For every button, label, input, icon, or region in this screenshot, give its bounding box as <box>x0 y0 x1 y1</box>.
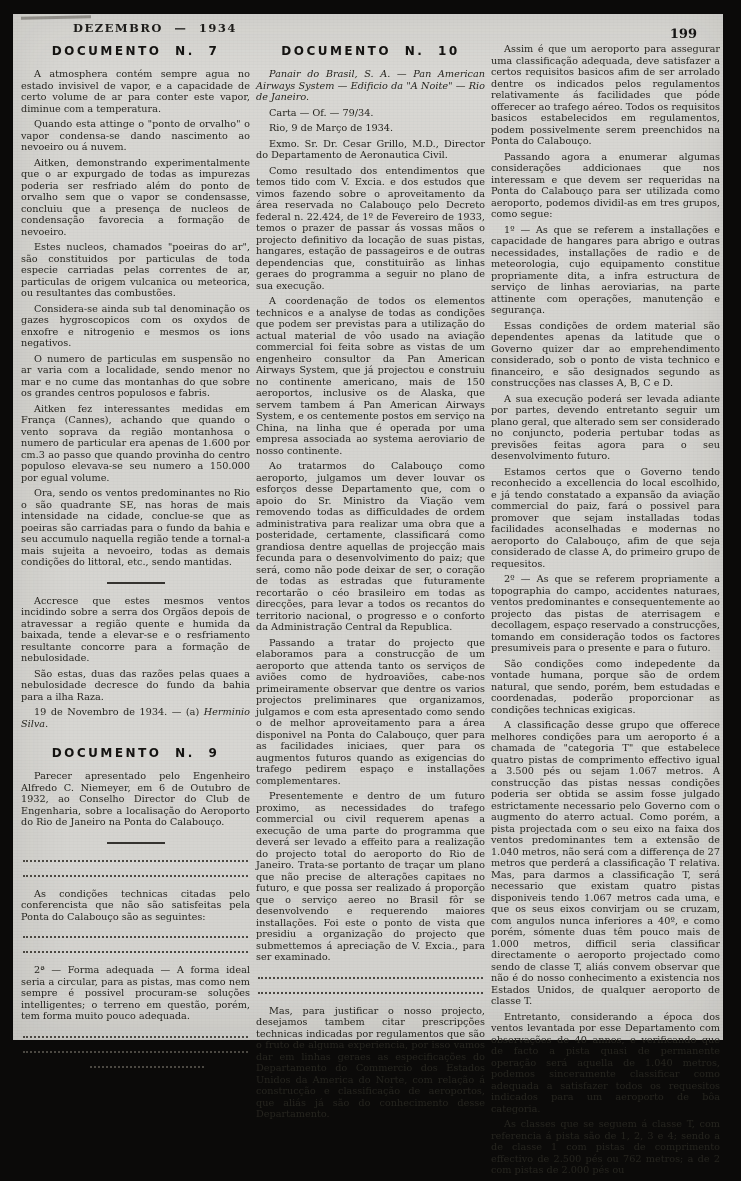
paragraph: A classificação desse grupo que offerece… <box>491 720 720 1008</box>
column-3: Assim é que um aeroporto para assegurar … <box>491 44 720 1062</box>
paragraph: São estas, duas das razões pelas quaes a… <box>21 669 250 704</box>
paragraph: Assim é que um aeroporto para assegurar … <box>491 44 720 148</box>
paragraph: São condições como indepedente da vontad… <box>491 659 720 717</box>
paragraph: O numero de particulas em suspensão no a… <box>21 354 250 400</box>
paragraph: Exmo. Sr. Dr. Cesar Grillo, M.D., Direct… <box>256 139 485 162</box>
redacted-dotted-line <box>23 1051 248 1053</box>
paragraph: Mas, para justificar o nosso projecto, d… <box>256 1006 485 1063</box>
paragraph: Carta — Of. — 79/34. <box>256 108 485 120</box>
paragraph: Essas condições de ordem material são de… <box>491 321 720 390</box>
paragraph: Quando esta attinge o "ponto de orvalho"… <box>21 119 250 154</box>
document-heading: DOCUMENTO N. 9 <box>21 746 250 760</box>
paragraph: Estes nucleos, chamados "poeiras do ar",… <box>21 242 250 300</box>
paragraph: Parecer apresentado pelo Engenheiro Alfr… <box>21 771 250 829</box>
document-heading: DOCUMENTO N. 10 <box>256 44 485 58</box>
paragraph: Aitken fez interessantes medidas em Fran… <box>21 404 250 485</box>
paragraph: A coordenação de todos os elementos tech… <box>256 296 485 457</box>
paragraph: Presentemente e dentro de um futuro prox… <box>256 791 485 964</box>
paragraph: A sua execução poderá ser levada adiante… <box>491 394 720 463</box>
redacted-dotted-line <box>258 992 483 994</box>
paragraph: Passando a tratar do projecto que elabor… <box>256 638 485 788</box>
paragraph: 19 de Novembro de 1934. — (a) Herminio S… <box>21 707 250 730</box>
column-1: DOCUMENTO N. 7A atmosphera contém sempre… <box>21 44 250 1062</box>
redacted-dotted-line <box>23 951 248 953</box>
paragraph: Estamos certos que o Governo tendo recon… <box>491 467 720 571</box>
redacted-dotted-line <box>23 875 248 877</box>
scanned-page: DEZEMBRO — 1934 199 DOCUMENTO N. 7A atmo… <box>13 14 723 1040</box>
paragraph: Passando agora a enumerar algumas consid… <box>491 152 720 221</box>
document-heading: DOCUMENTO N. 7 <box>21 44 250 58</box>
redacted-dotted-line <box>23 1036 248 1038</box>
paragraph: Rio, 9 de Março de 1934. <box>256 123 485 135</box>
section-divider <box>107 842 165 844</box>
redacted-dotted-line <box>23 936 248 938</box>
paragraph: Considera-se ainda sub tal denominação o… <box>21 304 250 350</box>
signature-name: Herminio Silva. <box>21 707 250 730</box>
paragraph: A atmosphera contém sempre agua no estad… <box>21 69 250 115</box>
paragraph: As condições technicas citadas pelo conf… <box>21 889 250 924</box>
paragraph: Accresce que estes mesmos ventos incidin… <box>21 596 250 665</box>
paragraph: Ora, sendo os ventos predominantes no Ri… <box>21 488 250 569</box>
column-2: DOCUMENTO N. 10Panair do Brasil, S. A. —… <box>256 44 485 1062</box>
section-divider <box>107 582 165 584</box>
paragraph: 2º — As que se referem propriamente a to… <box>491 574 720 655</box>
paragraph: Ao tratarmos do Calabouço como aeroporto… <box>256 461 485 634</box>
paragraph: 1º — As que se referem a installações e … <box>491 225 720 317</box>
paragraph: Entretanto, considerando a época dos ven… <box>491 1012 720 1063</box>
paragraph: Panair do Brasil, S. A. — Pan American A… <box>256 69 485 104</box>
paragraph: Como resultado dos entendimentos que tem… <box>256 166 485 293</box>
redacted-dotted-line <box>258 977 483 979</box>
redacted-dotted-line <box>23 860 248 862</box>
paragraph: Aitken, demonstrando experimentalmente q… <box>21 158 250 239</box>
issue-date: DEZEMBRO — 1934 <box>73 21 237 35</box>
page-number: 199 <box>670 27 697 42</box>
paragraph: 2ª — Forma adequada — A forma ideal seri… <box>21 965 250 1023</box>
scan-fold-mark <box>21 15 91 19</box>
